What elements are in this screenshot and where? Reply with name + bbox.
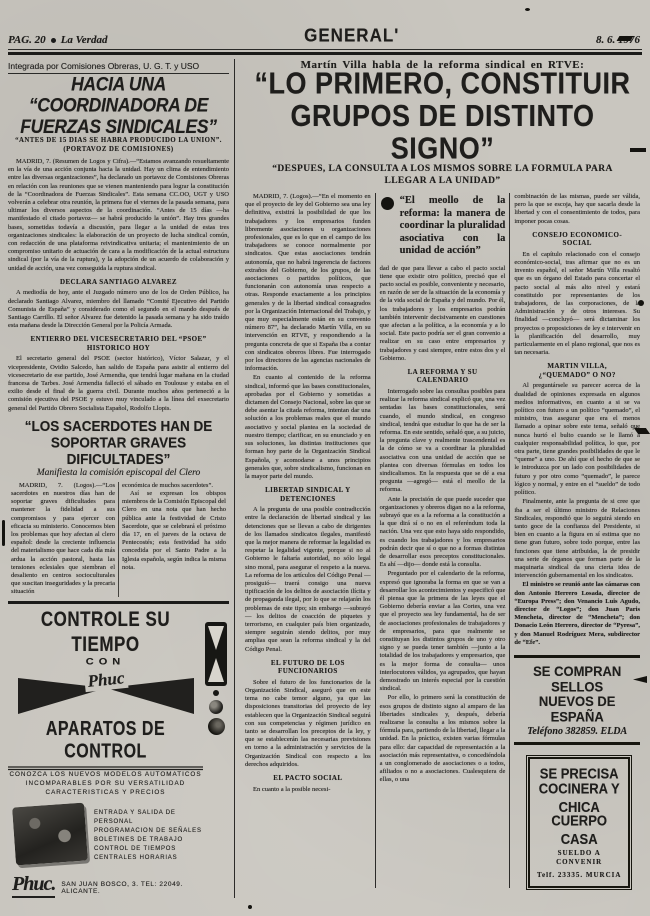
masthead: PAG. 20 La Verdad GENERAL' 8. 6. 1976 xyxy=(0,0,650,49)
ad-phuc-feature: CENTRALES HORARIAS xyxy=(94,854,203,863)
sacerdotes-headline: “LOS SACERDOTES HAN DE SOPORTAR GRAVES D… xyxy=(8,418,229,468)
alvarez-heading: DECLARA SANTIAGO ALVAREZ xyxy=(16,278,221,287)
villa-col1-p3: A la pregunta de una posible contradicci… xyxy=(245,506,371,654)
villa-col1-p1: MADRID, 7. (Logos).—“En el momento en qu… xyxy=(245,193,371,373)
ad-phuc-feature: CONTROL DE TIEMPOS xyxy=(94,845,203,854)
villa-col2-p5: Por ello, lo primero será la constitució… xyxy=(380,694,506,784)
scan-artifact xyxy=(248,905,252,909)
ad-phuc: CONTROLE SU TIEMPO CON Phuc APARATOS DE … xyxy=(8,612,229,898)
scan-artifact xyxy=(2,520,5,546)
villa-col3-p4: Finalmente, ante la pregunta de si cree … xyxy=(514,498,640,580)
scan-artifact xyxy=(525,8,530,11)
sacerdotes-col1: MADRID, 7. (Logos).—“Los sacerdotes en n… xyxy=(8,482,118,597)
hourglass-icon xyxy=(205,622,227,742)
villa-pullquote-text: “El meollo de la reforma: la manera de c… xyxy=(400,195,506,258)
ad-phuc-feature: ENTRADA Y SALIDA DE PERSONAL xyxy=(94,809,203,827)
ad-phuc-feature: PROGRAMACION DE SEÑALES xyxy=(94,827,203,836)
ad-phuc-sub3: CARACTERISTICAS Y PRECIOS xyxy=(8,788,203,797)
ad-phuc-sub2: INCOMPARABLES POR SU VERSATILIDAD xyxy=(8,779,203,788)
villa-col1-p4: Sobre el futuro de los funcionarios de l… xyxy=(245,679,371,769)
coordinadora-headline: HACIA UNA “COORDINADORA DE FUERZAS SINDI… xyxy=(8,74,229,138)
villa-col1-p5: En cuanto a la posible necesi- xyxy=(245,786,371,794)
villa-col1-h2: EL FUTURO DE LOS FUNCIONARIOS xyxy=(253,659,363,676)
villa-col3-p3: Al preguntársele su parecer acerca de la… xyxy=(514,382,640,497)
villa-headline-line1: “LO PRIMERO, CONSTITUIR xyxy=(241,68,644,100)
article-martin-villa: Martín Villa habla de la reforma sindica… xyxy=(241,59,644,888)
psoe-body: El secretario general del PSOE (sector h… xyxy=(8,355,229,412)
coordinadora-subhead-line1: “ANTES DE 15 DIAS SE HABRA PRODUCIDO LA … xyxy=(8,137,229,146)
villa-columns: MADRID, 7. (Logos).—“En el momento en qu… xyxy=(241,193,644,888)
villa-col2: “El meollo de la reforma: la manera de c… xyxy=(375,193,510,888)
brand-name: La Verdad xyxy=(61,34,108,46)
villa-col1: MADRID, 7. (Logos).—“En el momento en qu… xyxy=(241,193,375,888)
ad-phuc-con: CON xyxy=(8,657,203,667)
villa-col3-h2: MARTIN VILLA, ¿“QUEMADO” O NO? xyxy=(522,362,632,379)
ad-phuc-middle: ENTRADA Y SALIDA DE PERSONAL PROGRAMACIO… xyxy=(8,805,203,863)
dot-icon xyxy=(51,38,56,43)
villa-col3-h1: CONSEJO ECONOMICO-SOCIAL xyxy=(522,231,632,248)
ad-phuc-features: ENTRADA Y SALIDA DE PERSONAL PROGRAMACIO… xyxy=(94,805,203,863)
villa-col3-p2: En el capítulo relacionado con el consej… xyxy=(514,251,640,358)
sacerdotes-col2-text-a: económica de muchos sacerdotes”. xyxy=(122,482,226,490)
ad-cocinera-line5: Telf. 23335. MURCIA xyxy=(534,871,624,881)
scan-artifact xyxy=(617,36,634,41)
ad-phuc-title: CONTROLE SU TIEMPO xyxy=(8,607,203,657)
newspaper-page: PAG. 20 La Verdad GENERAL' 8. 6. 1976 In… xyxy=(0,0,650,916)
ad-phuc-title2: APARATOS DE CONTROL xyxy=(8,719,203,770)
coordinadora-subhead: “ANTES DE 15 DIAS SE HABRA PRODUCIDO LA … xyxy=(8,137,229,154)
scan-artifact xyxy=(638,300,644,306)
villa-col2-h1: LA REFORMA Y SU CALENDARIO xyxy=(388,368,498,385)
ad-phuc-sub1: CONOZCA LOS NUEVOS MODELOS AUTOMATICOS xyxy=(8,770,203,779)
alvarez-body: A mediodía de hoy, ante el Juzgado númer… xyxy=(8,289,229,330)
ad-cocinera: SE PRECISA COCINERA Y CHICA CUERPO CASA … xyxy=(528,757,630,889)
villa-col1-h3: EL PACTO SOCIAL xyxy=(253,774,363,783)
villa-subhead: “DESPUES, LA CONSULTA A LOS MISMOS SOBRE… xyxy=(259,164,626,187)
page-number-brand: PAG. 20 La Verdad xyxy=(8,34,107,46)
bullet-icon xyxy=(381,197,394,210)
ad-sellos-line2: NUEVOS DE ESPAÑA xyxy=(514,693,640,725)
sacerdotes-col2: económica de muchos sacerdotes”. Así se … xyxy=(118,482,229,597)
time-clock-image xyxy=(12,802,88,865)
header-rule-thin xyxy=(8,49,642,50)
ad-phuc-logo: Phuc xyxy=(83,667,128,691)
ad-cocinera-line4: SUELDO A CONVENIR xyxy=(534,849,624,868)
villa-col2-p4: Preguntado por el calendario de la refor… xyxy=(380,570,506,693)
ad-phuc-footer: Phuc. SAN JUAN BOSCO, 3. TEL: 22049. ALI… xyxy=(8,873,203,898)
psoe-heading: ENTIERRO DEL VICESECRETARIO DEL “PSOE” H… xyxy=(16,335,221,352)
article-sacerdotes: “LOS SACERDOTES HAN DE SOPORTAR GRAVES D… xyxy=(8,420,229,597)
coordinadora-body: MADRID, 7. (Resumen de Logos y Cifra).—“… xyxy=(8,158,229,273)
villa-col3-p1: combinación de las mismas, puede ser vál… xyxy=(514,193,640,226)
ad-phuc-feature: BOLETINES DE TRABAJO xyxy=(94,836,203,845)
villa-headline-line2: GRUPOS DE DISTINTO SIGNO” xyxy=(241,100,644,165)
villa-col1-p2: En cuanto al contenido de la reforma sin… xyxy=(245,374,371,481)
villa-col2-p3: Ante la precisión de que puede suceder q… xyxy=(380,496,506,570)
article-coordinadora: Integrada por Comisiones Obreras, U. G. … xyxy=(8,59,229,413)
main-article-region: Martín Villa habla de la reforma sindica… xyxy=(235,59,644,898)
villa-col3-p5: El ministro se reunió ante las cámaras c… xyxy=(514,581,640,647)
ad-phuc-graphic: Phuc xyxy=(8,668,203,724)
sacerdotes-col2-text-b: Así se expresan los obispos miembros de … xyxy=(122,490,226,572)
ad-phuc-footer-logo: Phuc. xyxy=(12,873,55,898)
ad-phuc-address: SAN JUAN BOSCO, 3. TEL: 22049. ALICANTE. xyxy=(61,881,203,898)
sacerdotes-subhead: Manifiesta la comisión episcopal del Cle… xyxy=(8,468,229,478)
ad-cocinera-line3: CUERPO CASA xyxy=(534,812,624,849)
left-column: Integrada por Comisiones Obreras, U. G. … xyxy=(8,59,234,898)
page-content: Integrada por Comisiones Obreras, U. G. … xyxy=(0,55,650,898)
page-number: PAG. 20 xyxy=(8,34,46,46)
scan-artifact xyxy=(630,148,646,152)
ad-sellos-line1: SE COMPRAN SELLOS xyxy=(514,663,640,695)
villa-col2-p1: dad de que para llevar a cabo el pacto s… xyxy=(380,265,506,363)
ad-separator-rule xyxy=(8,601,229,604)
sacerdotes-col1-text: MADRID, 7. (Logos).—“Los sacerdotes en n… xyxy=(11,482,115,597)
villa-pullquote: “El meollo de la reforma: la manera de c… xyxy=(380,193,506,262)
ad-phuc-sublines: CONOZCA LOS NUEVOS MODELOS AUTOMATICOS I… xyxy=(8,770,203,797)
ad-sellos-phone: Teléfono 382859. ELDA xyxy=(514,726,640,737)
villa-col1-h1: LIBERTAD SINDICAL Y DETENCIONES xyxy=(253,486,363,503)
villa-col3: combinación de las mismas, puede ser vál… xyxy=(509,193,644,888)
villa-col2-p2: Interrogado sobre las consultas posibles… xyxy=(380,388,506,495)
villa-headline: “LO PRIMERO, CONSTITUIR GRUPOS DE DISTIN… xyxy=(241,68,644,165)
section-title: GENERAL' xyxy=(304,25,399,47)
ad-sellos: SE COMPRAN SELLOS NUEVOS DE ESPAÑA Teléf… xyxy=(514,655,640,745)
sacerdotes-columns: MADRID, 7. (Logos).—“Los sacerdotes en n… xyxy=(8,482,229,597)
coordinadora-subhead-line2: (PORTAVOZ DE COMISIONES) xyxy=(8,146,229,155)
